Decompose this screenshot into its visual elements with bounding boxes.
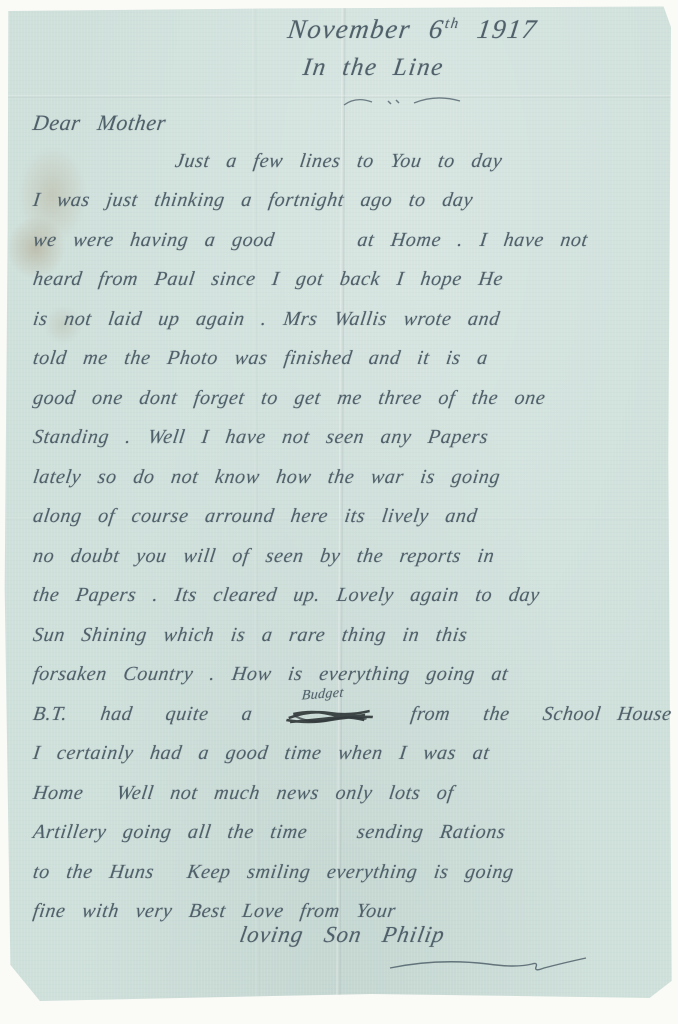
letter-line: Home Well not much news only lots of <box>29 782 667 822</box>
header-flourish-icon <box>342 94 462 110</box>
letter-line: I was just thinking a fortnight ago to d… <box>29 189 667 229</box>
place-line: In the Line <box>301 54 446 82</box>
letter-line: heard from Paul since I got back I hope … <box>29 268 667 308</box>
letter-line: I certainly had a good time when I was a… <box>29 742 667 782</box>
letter-line-with-correction: B.T. had quite a Budget from the School … <box>29 703 667 743</box>
date-month-day: November 6 <box>286 14 446 44</box>
letter-line: is not laid up again . Mrs Wallis wrote … <box>29 308 667 348</box>
letter-line: Just a few lines to You to day <box>29 150 667 190</box>
date-line: November 6th 1917 <box>286 14 539 45</box>
scribbled-word: Budget <box>284 704 379 724</box>
signature-flourish-icon <box>388 954 588 978</box>
letter-line: the Papers . Its cleared up. Lovely agai… <box>29 584 667 624</box>
letter-line: forsaken Country . How is everything goi… <box>29 663 667 703</box>
letter-line: Standing . Well I have not seen any Pape… <box>29 426 667 466</box>
signature-line: loving Son Philip <box>238 922 447 948</box>
letter-line: Sun Shining which is a rare thing in thi… <box>29 624 667 664</box>
scribble-icon <box>284 704 379 726</box>
correction-line-before: B.T. had quite a <box>32 703 288 725</box>
letter-line: Artillery going all the time sending Rat… <box>29 821 667 861</box>
letter-line: to the Huns Keep smiling everything is g… <box>29 861 667 901</box>
date-year: 1917 <box>457 14 539 44</box>
correction-line-after: from the School House <box>376 703 673 725</box>
letter-body: Dear Mother Just a few lines to You to d… <box>32 110 664 940</box>
letter-line: along of course arround here its lively … <box>29 505 667 545</box>
letter-scan: November 6th 1917 In the Line Dear Mothe… <box>0 0 678 1024</box>
letter-line: we were having a good at Home . I have n… <box>29 229 667 269</box>
correction-label: Budget <box>302 685 345 704</box>
letter-line: no doubt you will of seen by the reports… <box>29 545 667 585</box>
letter-line: lately so do not know how the war is goi… <box>29 466 667 506</box>
letter-line: told me the Photo was finished and it is… <box>29 347 667 387</box>
letter-line: good one dont forget to get me three of … <box>29 387 667 427</box>
salutation: Dear Mother <box>29 110 667 150</box>
